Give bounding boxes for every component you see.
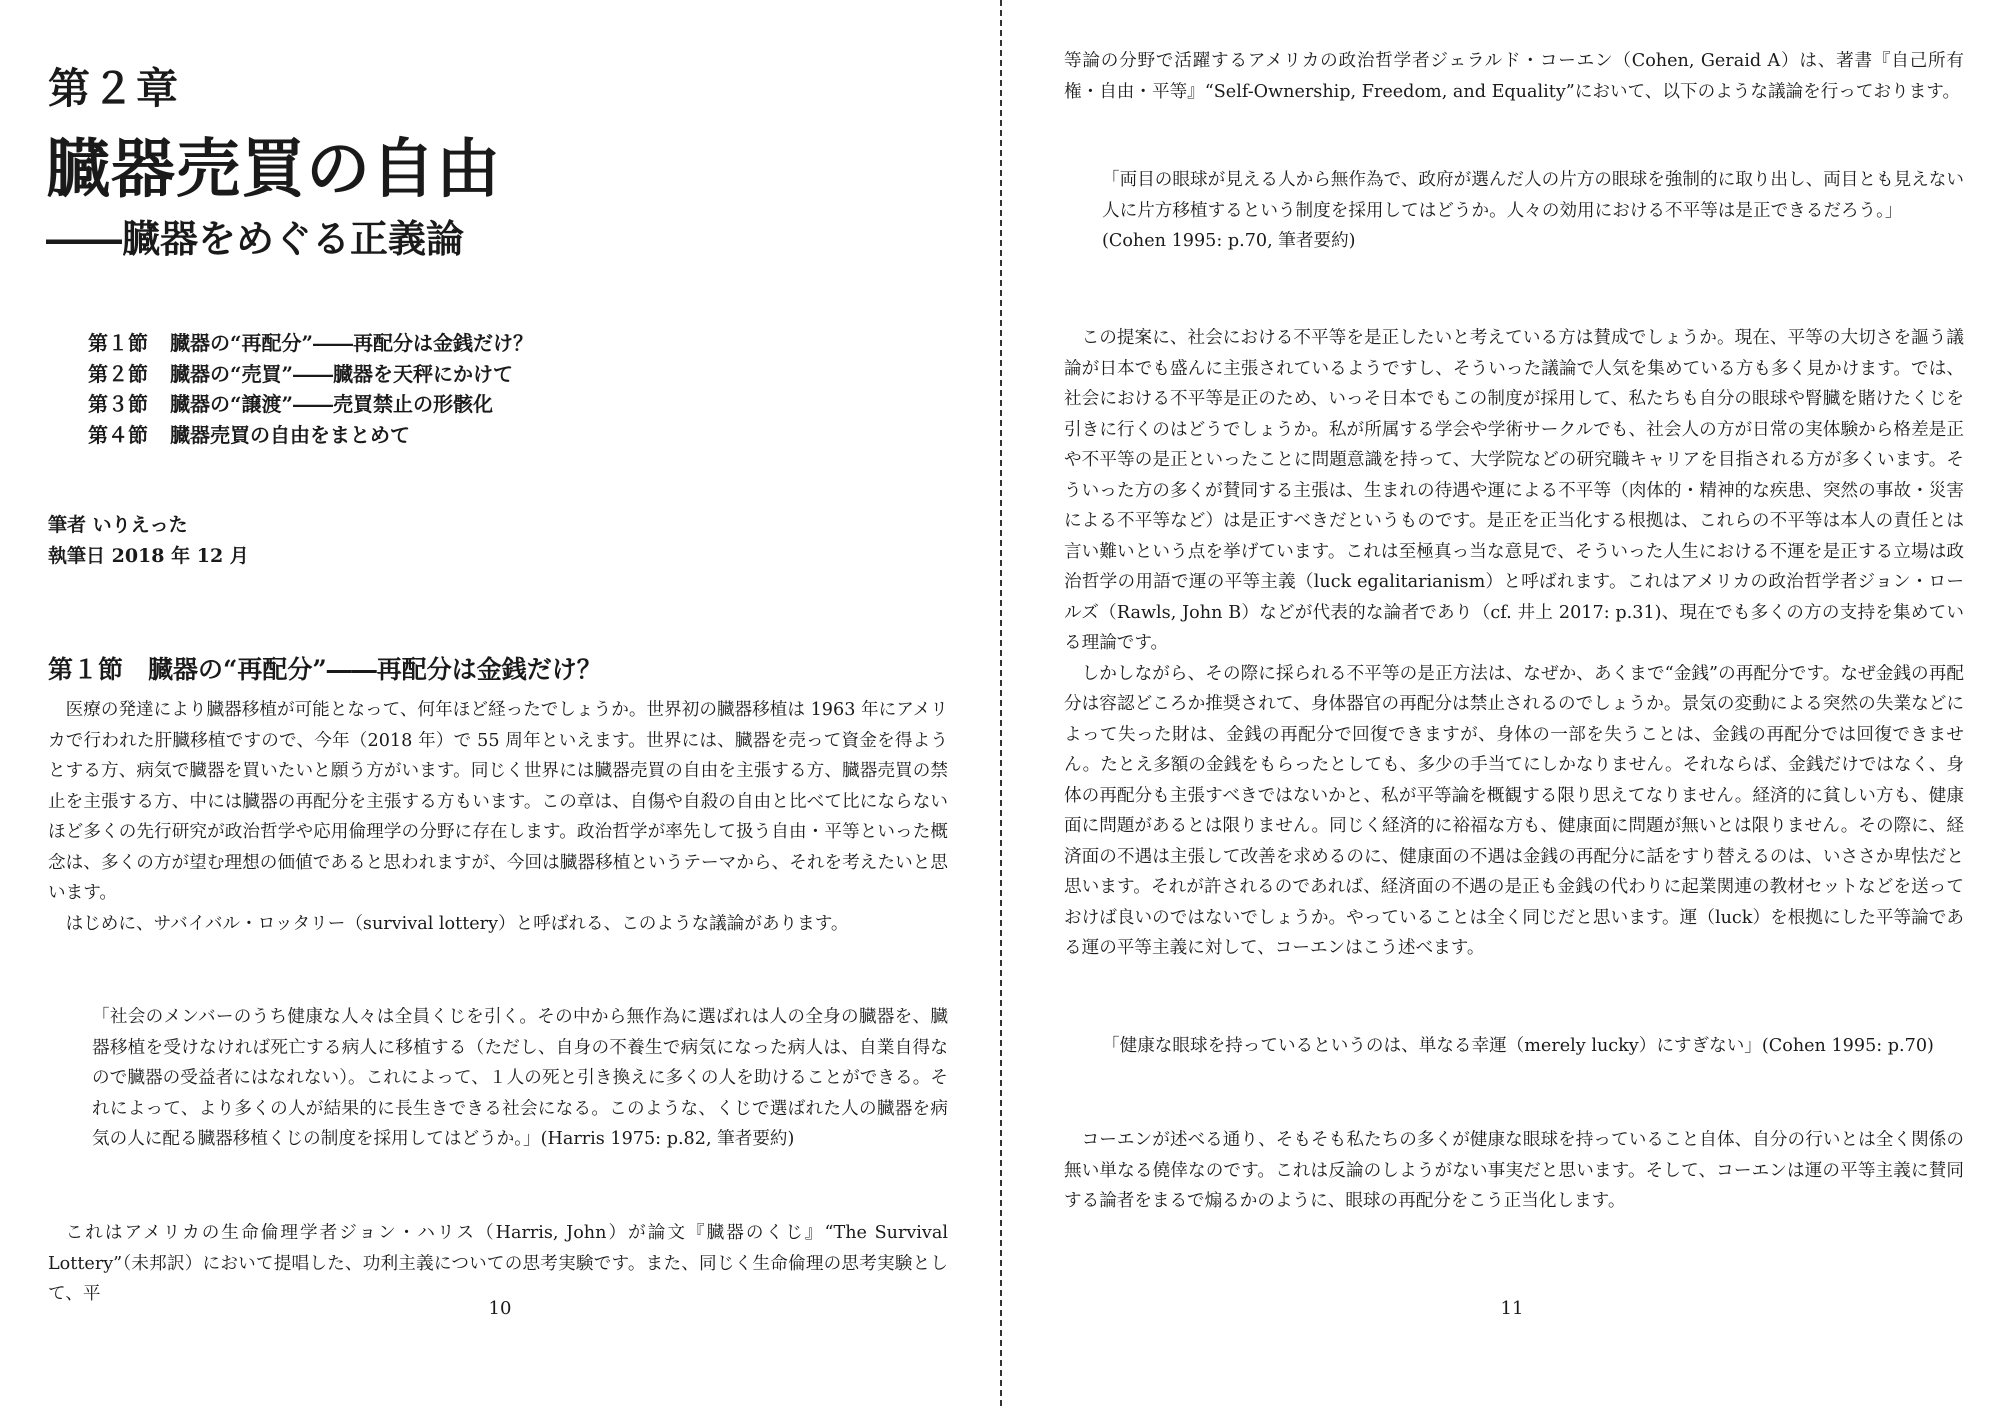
author-line: 筆者 いりえった [48,510,249,541]
quote-citation: (Cohen 1995: p.70, 筆者要約) [1102,226,1964,257]
toc-item-number: 第４節 [88,420,170,451]
chapter-number: 第２章 [48,56,180,116]
toc-item-title: 臓器売買の自由をまとめて [170,423,410,447]
toc-item: 第２節臓器の“売買”――臓器を天秤にかけて [88,359,533,390]
toc-item-title: 臓器の“再配分”――再配分は金銭だけ？ [170,331,533,355]
section-heading: 第１節 臓器の“再配分”――再配分は金銭だけ？ [48,650,602,686]
chapter-subtitle: ――臓器をめぐる正義論 [46,208,464,263]
table-of-contents: 第１節臓器の“再配分”――再配分は金銭だけ？ 第２節臓器の“売買”――臓器を天秤… [88,328,533,450]
paragraph: 等論の分野で活躍するアメリカの政治哲学者ジェラルド・コーエン（Cohen, Ge… [1064,46,1964,107]
block-quote: 「健康な眼球を持っているというのは、単なる幸運（merely lucky）にすぎ… [1102,1031,1982,1062]
paragraph: しかしながら、その際に採られる不平等の是正方法は、なぜか、あくまで“金銭”の再配… [1064,659,1964,964]
toc-item-title: 臓器の“譲渡”――売買禁止の形骸化 [170,392,493,416]
paragraph: 医療の発達により臓器移植が可能となって、何年ほど経ったでしょうか。世界初の臓器移… [48,695,948,909]
toc-item-number: 第１節 [88,328,170,359]
toc-item: 第４節臓器売買の自由をまとめて [88,420,533,451]
toc-item-number: 第３節 [88,389,170,420]
body-text: コーエンが述べる通り、そもそも私たちの多くが健康な眼球を持っていること自体、自分… [1064,1125,1964,1217]
chapter-title: 臓器売買の自由 [46,118,501,210]
toc-item: 第１節臓器の“再配分”――再配分は金銭だけ？ [88,328,533,359]
body-text: これはアメリカの生命倫理学者ジョン・ハリス（Harris, John）が論文『臓… [48,1218,948,1310]
paragraph: コーエンが述べる通り、そもそも私たちの多くが健康な眼球を持っていること自体、自分… [1064,1125,1964,1217]
paragraph: これはアメリカの生命倫理学者ジョン・ハリス（Harris, John）が論文『臓… [48,1218,948,1310]
block-quote: 「両目の眼球が見える人から無作為で、政府が選んだ人の片方の眼球を強制的に取り出し… [1102,165,1964,257]
left-page: 第２章 臓器売買の自由 ――臓器をめぐる正義論 第１節臓器の“再配分”――再配分… [0,0,1000,1406]
toc-item: 第３節臓器の“譲渡”――売買禁止の形骸化 [88,389,533,420]
page-number: 11 [1462,1298,1562,1319]
page-number: 10 [450,1298,550,1319]
right-page: 等論の分野で活躍するアメリカの政治哲学者ジェラルド・コーエン（Cohen, Ge… [1002,0,2000,1406]
body-text: 等論の分野で活躍するアメリカの政治哲学者ジェラルド・コーエン（Cohen, Ge… [1064,46,1964,107]
quote-text: 「両目の眼球が見える人から無作為で、政府が選んだ人の片方の眼球を強制的に取り出し… [1102,165,1964,226]
block-quote: 「社会のメンバーのうち健康な人々は全員くじを引く。その中から無作為に選ばれは人の… [92,1002,948,1155]
author-info: 筆者 いりえった 執筆日 2018 年 12 月 [48,510,249,572]
paragraph: この提案に、社会における不平等を是正したいと考えている方は賛成でしょうか。現在、… [1064,323,1964,659]
date-line: 執筆日 2018 年 12 月 [48,541,249,572]
body-text: この提案に、社会における不平等を是正したいと考えている方は賛成でしょうか。現在、… [1064,323,1964,964]
toc-item-number: 第２節 [88,359,170,390]
paragraph: はじめに、サバイバル・ロッタリー（survival lottery）と呼ばれる、… [48,909,948,940]
toc-item-title: 臓器の“売買”――臓器を天秤にかけて [170,362,513,386]
body-text: 医療の発達により臓器移植が可能となって、何年ほど経ったでしょうか。世界初の臓器移… [48,695,948,939]
